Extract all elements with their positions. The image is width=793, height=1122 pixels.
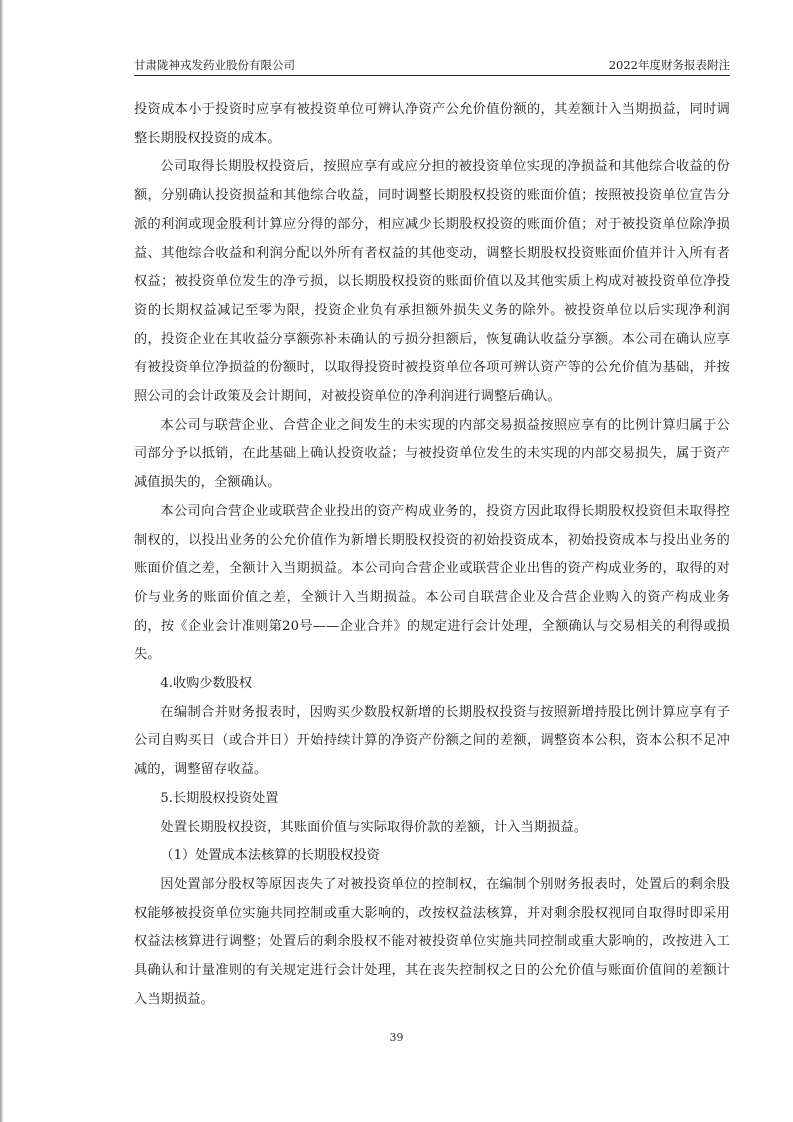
- paragraph-cost-adjustment: 投资成本小于投资时应享有被投资单位可辨认净资产公允价值份额的，其差额计入当期损益…: [134, 96, 730, 153]
- paragraph-cost-method-disposal: 因处置部分股权等原因丧失了对被投资单位的控制权，在编制个别财务报表时，处置后的剩…: [134, 871, 730, 1015]
- paragraph-business-contribution: 本公司向合营企业或联营企业投出的资产构成业务的，投资方因此取得长期股权投资但未取…: [134, 498, 730, 670]
- paragraph-equity-method: 公司取得长期股权投资后，按照应享有或应分担的被投资单位实现的净损益和其他综合收益…: [134, 153, 730, 411]
- header-report-title: 2022年度财务报表附注: [609, 58, 730, 72]
- paragraph-minority-acquisition: 在编制合并财务报表时，因购买少数股权新增的长期股权投资与按照新增持股比例计算应享…: [134, 699, 730, 785]
- subsection-heading-cost-method-disposal: （1）处置成本法核算的长期股权投资: [134, 842, 730, 871]
- paragraph-disposal: 处置长期股权投资，其账面价值与实际取得价款的差额，计入当期损益。: [134, 814, 730, 843]
- header-company-name: 甘肃陇神戎发药业股份有限公司: [134, 58, 295, 72]
- section-heading-disposal: 5.长期股权投资处置: [134, 785, 730, 814]
- section-heading-minority-acquisition: 4.收购少数股权: [134, 670, 730, 699]
- paragraph-unrealized-gains: 本公司与联营企业、合营企业之间发生的未实现的内部交易损益按照应享有的比例计算归属…: [134, 412, 730, 498]
- page-header: 甘肃陇神戎发药业股份有限公司 2022年度财务报表附注: [134, 50, 730, 76]
- page-content: 投资成本小于投资时应享有被投资单位可辨认净资产公允价值份额的，其差额计入当期损益…: [134, 96, 730, 1015]
- page-number: 39: [0, 1031, 793, 1044]
- scan-edge: [0, 0, 3, 1122]
